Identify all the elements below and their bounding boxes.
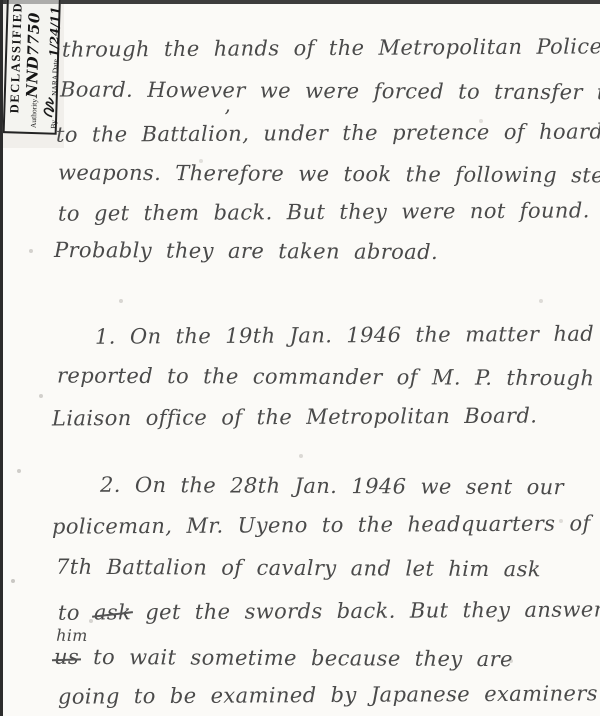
- signature-scribble-icon: [40, 97, 57, 119]
- line13-suffix: get the swords back. But they answered: [131, 597, 600, 624]
- inserted-word-him: him: [56, 626, 88, 645]
- correction-wrap: himus: [54, 645, 79, 669]
- handwritten-line-13: to ask get the swords back. But they ans…: [58, 597, 600, 624]
- handwritten-line-14: himus to wait sometime because they are: [54, 645, 513, 671]
- handwritten-line-2: Board. However we were forced to transfe…: [60, 77, 600, 104]
- handwritten-line-7: 1. On the 19th Jan. 1946 the matter had …: [95, 321, 600, 348]
- insertion-caret-mark: ’: [224, 105, 230, 129]
- handwritten-line-3: to the Battalion, under the pretence of …: [56, 119, 600, 147]
- scanned-document-page: DECLASSIFIED Authority NND7750 By NARA D…: [0, 0, 600, 716]
- nara-date-label: NARA Date: [50, 59, 60, 96]
- handwritten-line-15: going to be examined by Japanese examine…: [58, 681, 598, 708]
- struck-word-ask: ask: [94, 600, 131, 624]
- handwritten-line-8: reported to the commander of M. P. throu…: [57, 363, 600, 390]
- declassified-stamp: DECLASSIFIED Authority NND7750 By NARA D…: [3, 0, 62, 135]
- line13-prefix: to: [58, 601, 94, 625]
- declassified-stamp-content: DECLASSIFIED Authority NND7750 By NARA D…: [7, 0, 57, 129]
- handwritten-line-6: Probably they are taken abroad.: [54, 238, 438, 264]
- handwritten-line-10: 2. On the 28th Jan. 1946 we sent our: [100, 473, 564, 499]
- handwritten-line-11: policeman, Mr. Uyeno to the headquarters…: [52, 511, 591, 538]
- handwritten-line-1: through the hands of the Metropolitan Po…: [62, 34, 600, 61]
- line14-suffix: to wait sometime because they are: [79, 645, 513, 671]
- stamp-date-value: 1/24/11: [47, 6, 63, 57]
- handwritten-line-9: Liaison office of the Metropolitan Board…: [52, 404, 537, 431]
- authority-label: Authority: [29, 99, 39, 128]
- handwritten-line-12: 7th Battalion of cavalry and let him ask: [56, 555, 541, 582]
- handwritten-line-5: to get them back. But they were not foun…: [58, 198, 590, 225]
- scan-top-edge: [0, 0, 600, 4]
- struck-word-us: us: [54, 645, 79, 669]
- handwritten-line-4: weapons. Therefore we took the following…: [58, 161, 600, 188]
- by-label: By: [49, 120, 58, 129]
